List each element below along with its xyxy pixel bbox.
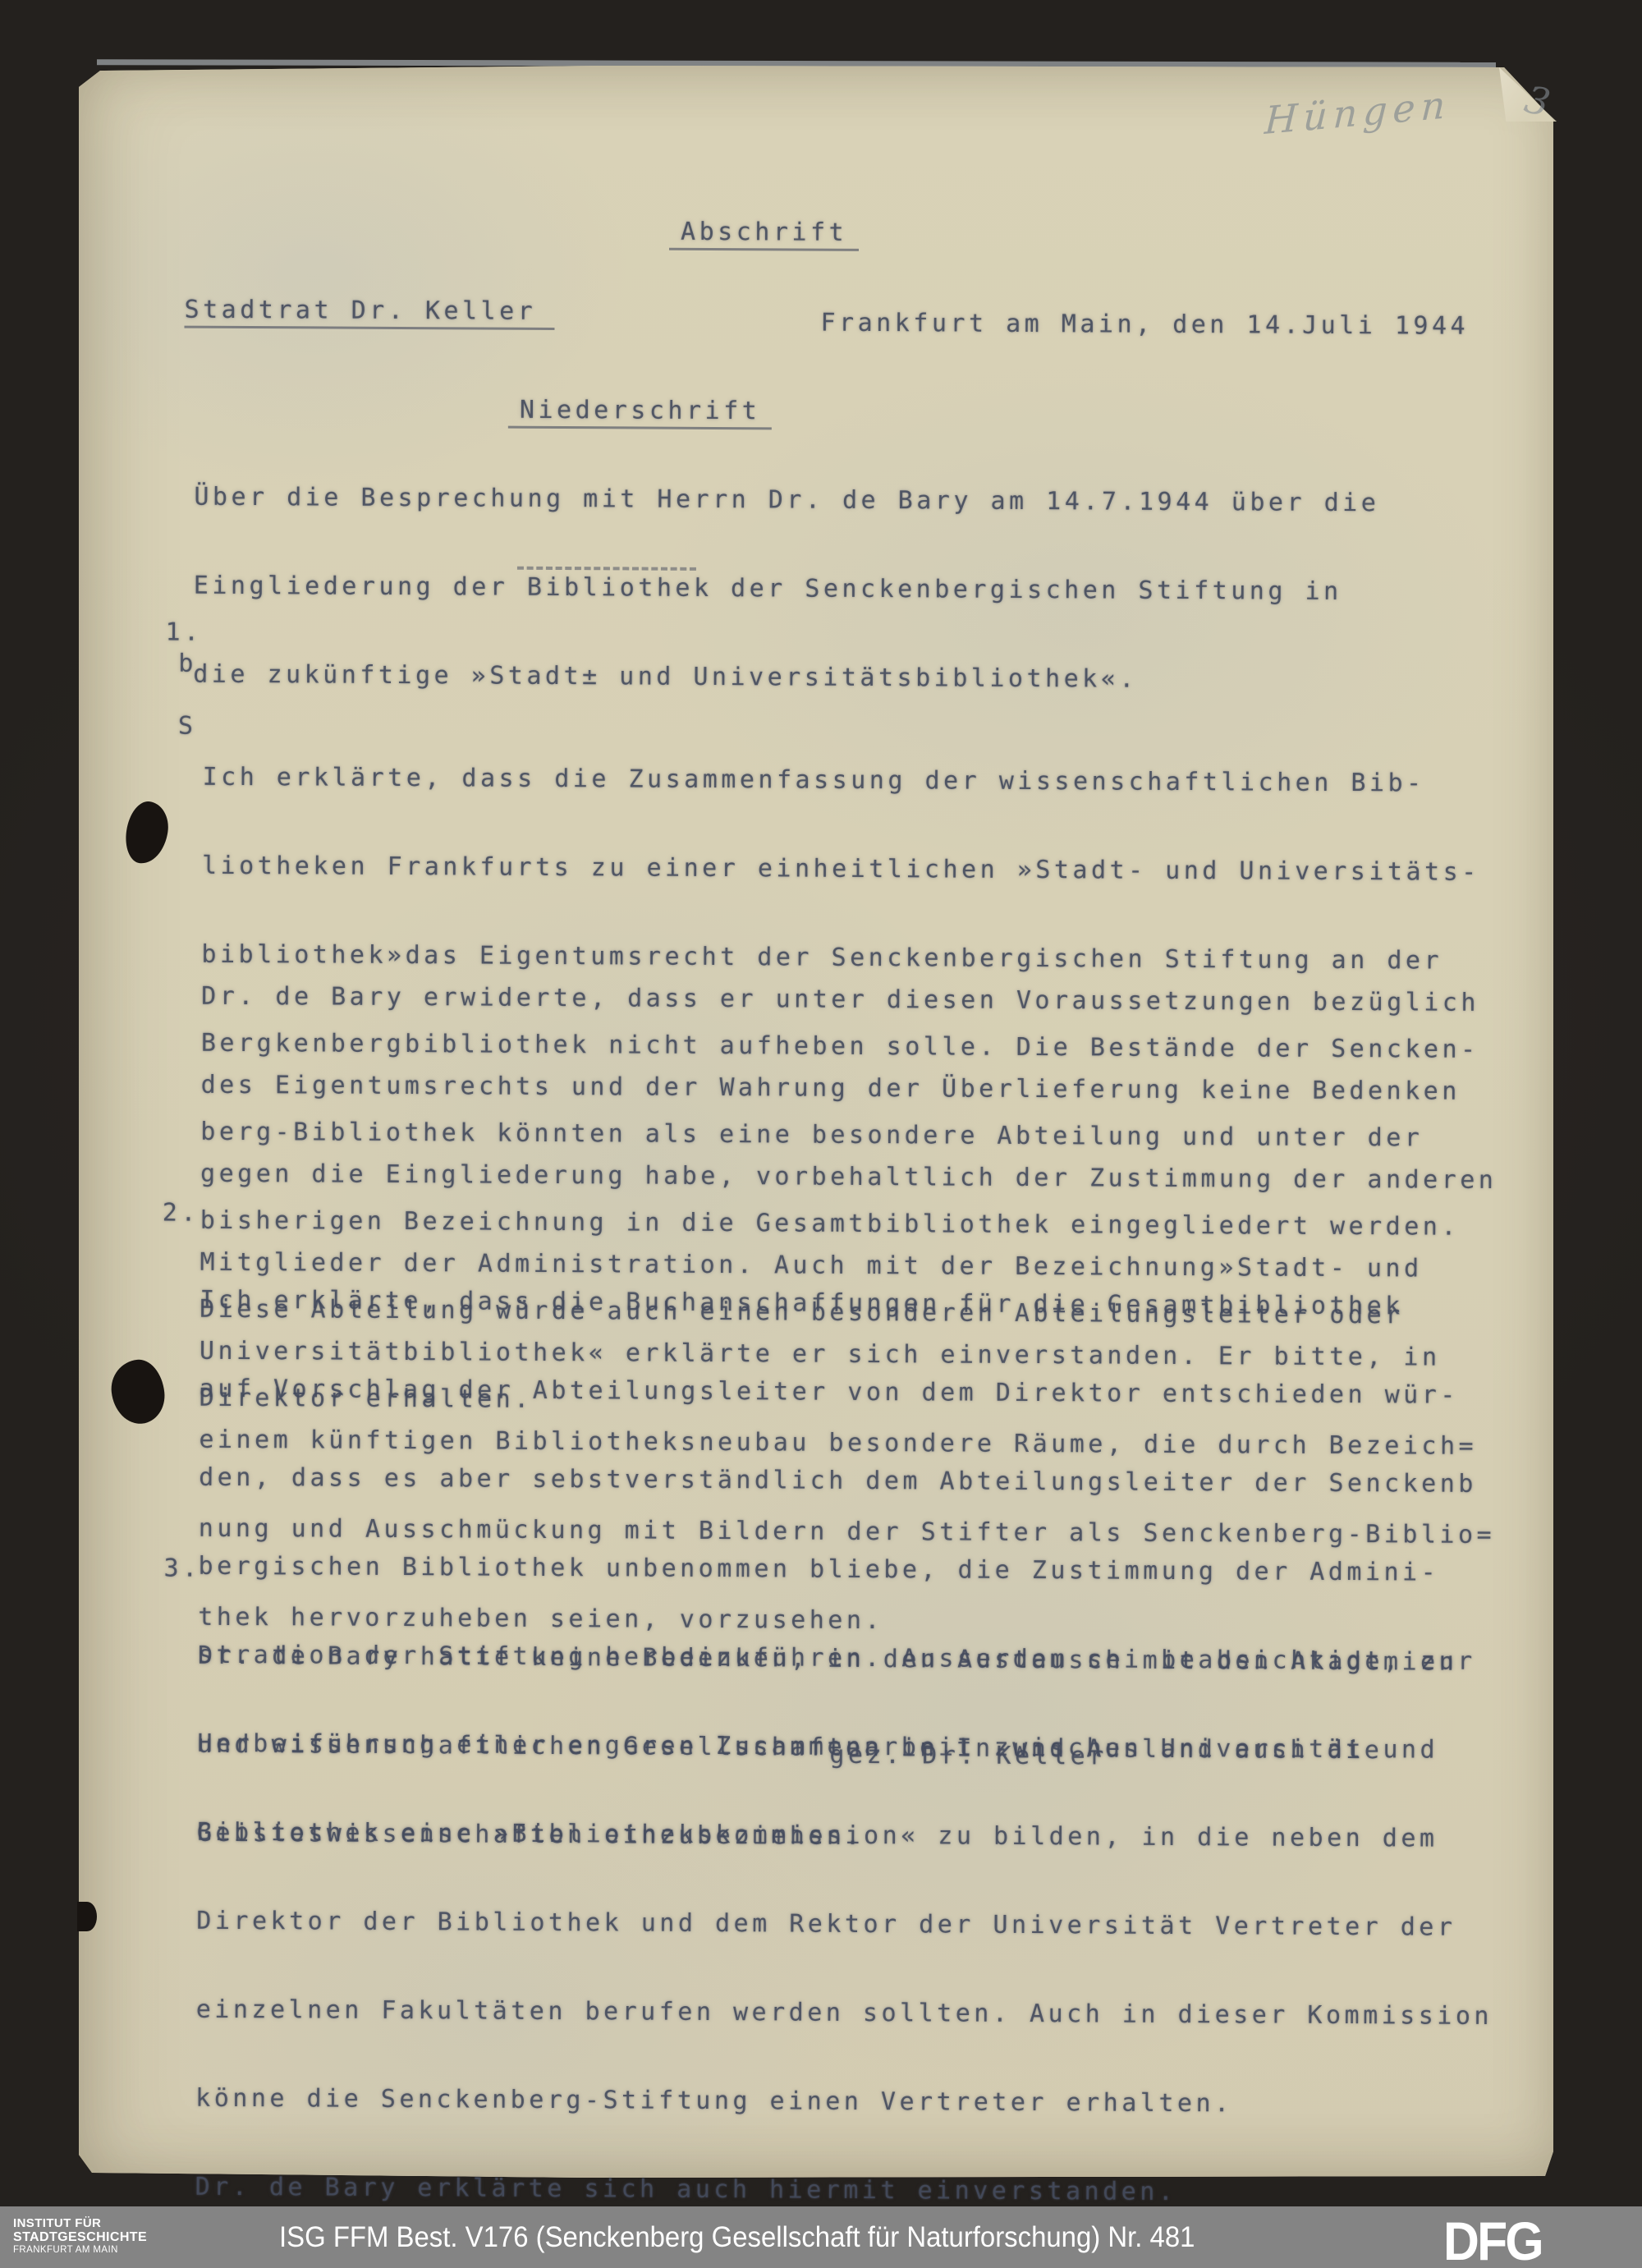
typed-line: Eingliederung der Bibliothek der Sencken… <box>194 571 1379 608</box>
typed-line: Dr. de Bary erklärte sich auch hiermit e… <box>195 2172 1492 2210</box>
scanned-archive-page: { "colors":{"background":"#24211e","pape… <box>0 0 1642 2268</box>
typewritten-layer: Abschrift Stadtrat Dr. Keller Frankfurt … <box>0 0 1642 2224</box>
typed-line: auf Vorschlag der Abteilungsleiter von d… <box>200 1374 1496 1412</box>
dateline: Frankfurt am Main, den 14.Juli 1944 <box>820 309 1469 341</box>
typed-line: gegen die Eingliederung habe, vorbehaltl… <box>200 1159 1497 1196</box>
item-3: 3. Dr. de Bary hatte keine Bedenken, in … <box>196 1554 1457 1913</box>
dfg-logo: DFG <box>1443 2210 1542 2268</box>
footer-bar: INSTITUT FÜR STADTGESCHICHTE FRANKFURT A… <box>0 2206 1642 2268</box>
document-title: Abschrift <box>669 218 859 247</box>
item-1-number: 1. <box>165 618 202 646</box>
typed-line: und wissenschaftlichen Gesellschaften in… <box>197 1729 1456 1767</box>
typed-line: den, dass es aber sebstverständlich dem … <box>199 1462 1495 1500</box>
typed-line: Geisteswissenschaften einzubeziehen. <box>197 1818 1456 1856</box>
institute-line-3: FRANKFURT AM MAIN <box>13 2245 147 2255</box>
institute-line-1: INSTITUT FÜR <box>13 2217 147 2230</box>
typed-line: des Eigentumsrechts und der Wahrung der … <box>201 1070 1498 1108</box>
typed-line: könne die Senckenberg-Stiftung einen Ver… <box>195 2083 1492 2121</box>
typed-line: liotheken Frankfurts zu einer einheitlic… <box>202 851 1480 888</box>
author-line: Stadtrat Dr. Keller <box>185 296 555 326</box>
typed-line: Über die Besprechung mit Herrn Dr. de Ba… <box>194 482 1379 520</box>
document-title-text: Abschrift <box>669 218 859 251</box>
typed-line: Ich erklärte, dass die Zusammenfassung d… <box>203 762 1481 800</box>
typed-line: Dr. de Bary erwiderte, dass er unter die… <box>201 981 1498 1019</box>
document-subtitle: Niederschrift <box>508 396 772 426</box>
signature-line: gez. Dr. Keller <box>829 1741 1108 1771</box>
item-3-number: 3. <box>163 1554 200 1582</box>
item-2-number: 2. <box>163 1198 200 1227</box>
typed-line: Ich erklärte, dass die Buchanschaffungen… <box>200 1285 1496 1323</box>
margin-mark-b: b <box>178 650 197 678</box>
document-subtitle-text: Niederschrift <box>508 396 773 430</box>
paper-edge-notch <box>77 1902 97 1931</box>
institute-line-2: STADTGESCHICHTE <box>13 2230 147 2244</box>
author-line-text: Stadtrat Dr. Keller <box>184 296 554 330</box>
typed-line: einzelnen Fakultäten berufen werden soll… <box>196 1995 1493 2032</box>
archive-reference: ISG FFM Best. V176 (Senckenberg Gesellsc… <box>279 2221 1195 2254</box>
margin-mark-s: S <box>178 712 197 741</box>
institute-logo-block: INSTITUT FÜR STADTGESCHICHTE FRANKFURT A… <box>13 2217 147 2256</box>
typed-line: Dr. de Bary hatte keine Bedenken, in den… <box>198 1641 1457 1678</box>
